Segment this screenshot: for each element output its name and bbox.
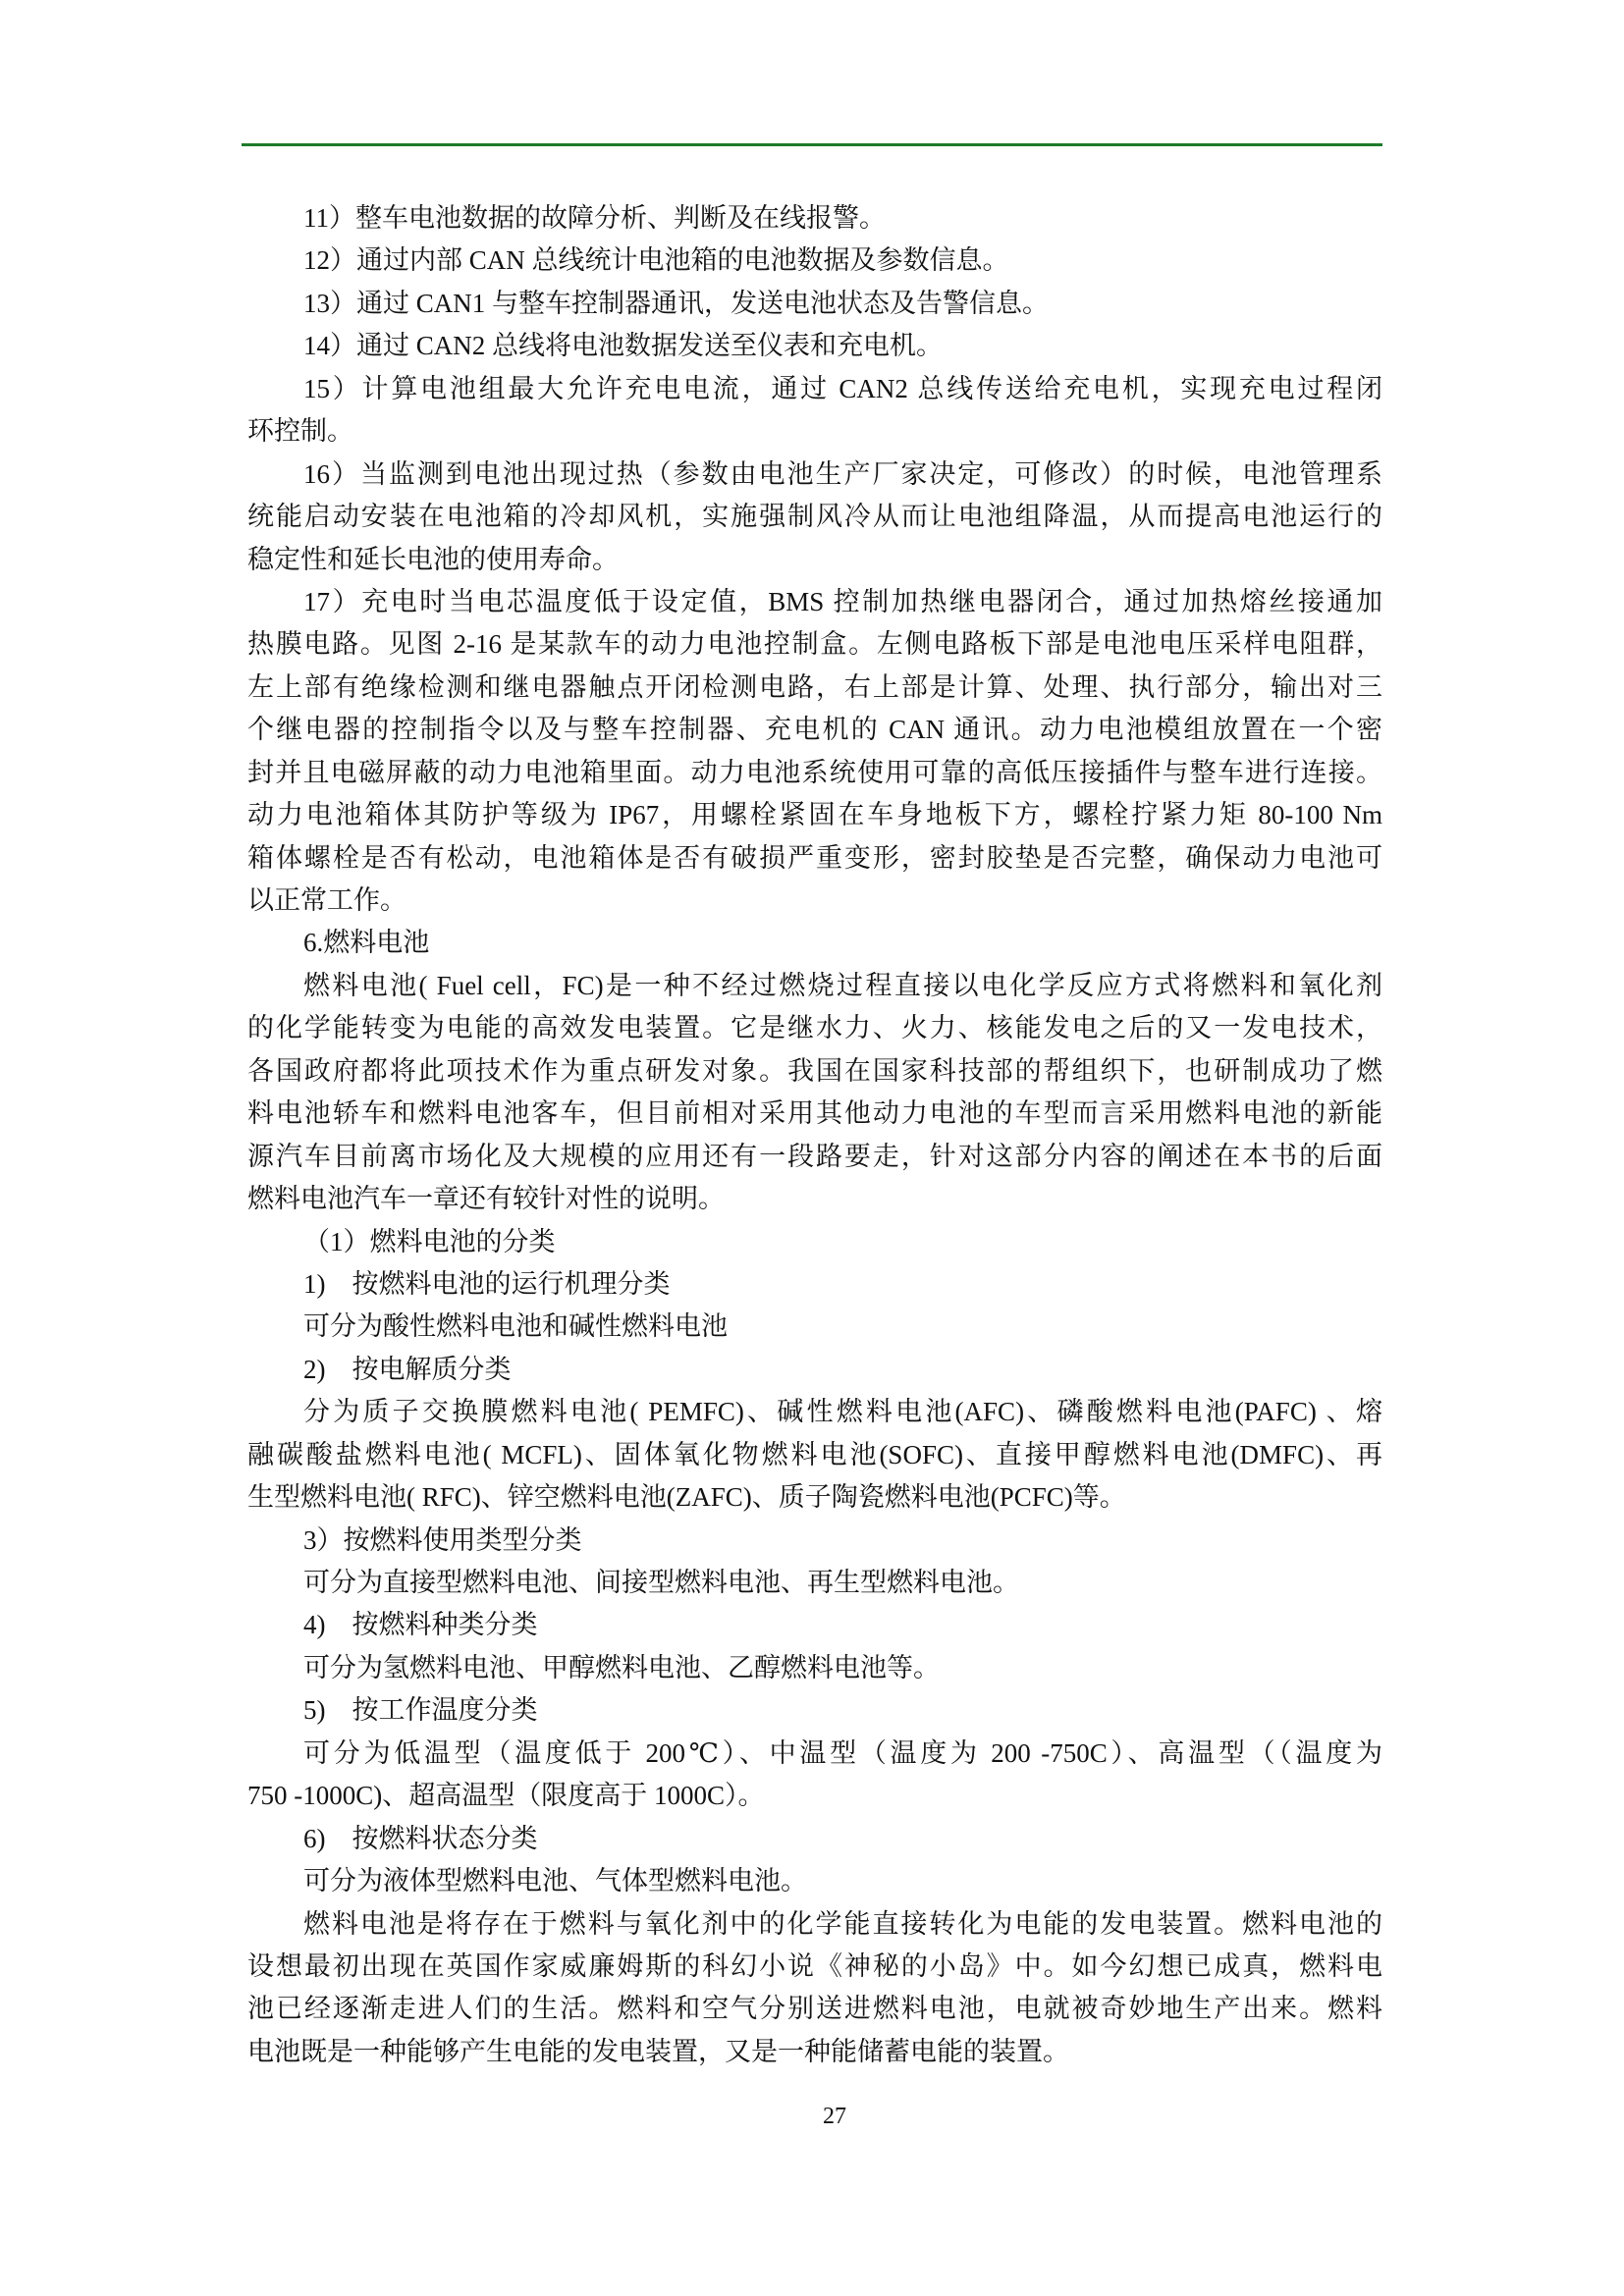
text-line: 3）按燃料使用类型分类 (247, 1520, 1382, 1562)
text-line: 可分为液体型燃料电池、气体型燃料电池。 (247, 1860, 1382, 1902)
text-line: 融碳酸盐燃料电池( MCFL)、固体氧化物燃料电池(SOFC)、直接甲醇燃料电池… (247, 1434, 1382, 1476)
text-line: 以正常工作。 (247, 880, 1382, 922)
text-line: 稳定性和延长电池的使用寿命。 (247, 539, 1382, 581)
text-line: 封并且电磁屏蔽的动力电池箱里面。动力电池系统使用可靠的高低压接插件与整车进行连接… (247, 752, 1382, 794)
text-line: 可分为氢燃料电池、甲醇燃料电池、乙醇燃料电池等。 (247, 1647, 1382, 1689)
text-line: 750 -1000C)、超高温型（限度高于 1000C）。 (247, 1775, 1382, 1817)
text-line: 6) 按燃料状态分类 (247, 1818, 1382, 1860)
text-line: 池已经逐渐走进人们的生活。燃料和空气分别送进燃料电池，电就被奇妙地生产出来。燃料 (247, 1988, 1382, 2030)
text-line: 可分为酸性燃料电池和碱性燃料电池 (247, 1306, 1382, 1348)
text-line: 左上部有绝缘检测和继电器触点开闭检测电路，右上部是计算、处理、执行部分，输出对三 (247, 667, 1382, 709)
text-line: 动力电池箱体其防护等级为 IP67，用螺栓紧固在车身地板下方，螺栓拧紧力矩 80… (247, 794, 1382, 836)
text-line: 料电池轿车和燃料电池客车，但目前相对采用其他动力电池的车型而言采用燃料电池的新能 (247, 1093, 1382, 1135)
text-line: 热膜电路。见图 2-16 是某款车的动力电池控制盒。左侧电路板下部是电池电压采样… (247, 623, 1382, 666)
text-line: 燃料电池是将存在于燃料与氧化剂中的化学能直接转化为电能的发电装置。燃料电池的 (247, 1903, 1382, 1946)
text-line: 13）通过 CAN1 与整车控制器通讯，发送电池状态及告警信息。 (247, 283, 1382, 325)
text-line: 源汽车目前离市场化及大规模的应用还有一段路要走，针对这部分内容的阐述在本书的后面 (247, 1136, 1382, 1178)
text-line: （1）燃料电池的分类 (247, 1221, 1382, 1263)
page-number: 27 (785, 2104, 884, 2130)
text-line: 分为质子交换膜燃料电池( PEMFC)、碱性燃料电池(AFC)、磷酸燃料电池(P… (247, 1391, 1382, 1433)
text-line: 可分为低温型（温度低于 200℃）、中温型（温度为 200 -750C）、高温型… (247, 1733, 1382, 1775)
text-line: 4) 按燃料种类分类 (247, 1604, 1382, 1646)
text-line: 各国政府都将此项技术作为重点研发对象。我国在国家科技部的帮组织下，也研制成功了燃 (247, 1050, 1382, 1093)
text-line: 14）通过 CAN2 总线将电池数据发送至仪表和充电机。 (247, 325, 1382, 367)
text-line: 16）当监测到电池出现过热（参数由电池生产厂家决定，可修改）的时候，电池管理系 (247, 454, 1382, 496)
text-line: 2) 按电解质分类 (247, 1349, 1382, 1391)
text-line: 17）充电时当电芯温度低于设定值，BMS 控制加热继电器闭合，通过加热熔丝接通加 (247, 581, 1382, 623)
text-line: 环控制。 (247, 410, 1382, 453)
text-line: 电池既是一种能够产生电能的发电装置，又是一种能储蓄电能的装置。 (247, 2031, 1382, 2073)
document-body: 11）整车电池数据的故障分析、判断及在线报警。12）通过内部 CAN 总线统计电… (247, 197, 1382, 2073)
text-line: 设想最初出现在英国作家威廉姆斯的科幻小说《神秘的小岛》中。如今幻想已成真，燃料电 (247, 1946, 1382, 1988)
text-line: 个继电器的控制指令以及与整车控制器、充电机的 CAN 通讯。动力电池模组放置在一… (247, 709, 1382, 751)
text-line: 可分为直接型燃料电池、间接型燃料电池、再生型燃料电池。 (247, 1562, 1382, 1604)
text-line: 生型燃料电池( RFC)、锌空燃料电池(ZAFC)、质子陶瓷燃料电池(PCFC)… (247, 1476, 1382, 1519)
text-line: 箱体螺栓是否有松动，电池箱体是否有破损严重变形，密封胶垫是否完整，确保动力电池可 (247, 837, 1382, 880)
text-line: 6.燃料电池 (247, 922, 1382, 964)
header-rule (242, 143, 1382, 146)
text-line: 15）计算电池组最大允许充电电流，通过 CAN2 总线传送给充电机，实现充电过程… (247, 368, 1382, 410)
text-line: 5) 按工作温度分类 (247, 1689, 1382, 1732)
text-line: 燃料电池( Fuel cell，FC)是一种不经过燃烧过程直接以电化学反应方式将… (247, 965, 1382, 1007)
text-line: 11）整车电池数据的故障分析、判断及在线报警。 (247, 197, 1382, 240)
text-line: 1) 按燃料电池的运行机理分类 (247, 1263, 1382, 1306)
text-line: 统能启动安装在电池箱的冷却风机，实施强制风冷从而让电池组降温，从而提高电池运行的 (247, 496, 1382, 538)
text-line: 燃料电池汽车一章还有较针对性的说明。 (247, 1178, 1382, 1220)
text-line: 的化学能转变为电能的高效发电装置。它是继水力、火力、核能发电之后的又一发电技术， (247, 1007, 1382, 1049)
text-line: 12）通过内部 CAN 总线统计电池箱的电池数据及参数信息。 (247, 240, 1382, 282)
